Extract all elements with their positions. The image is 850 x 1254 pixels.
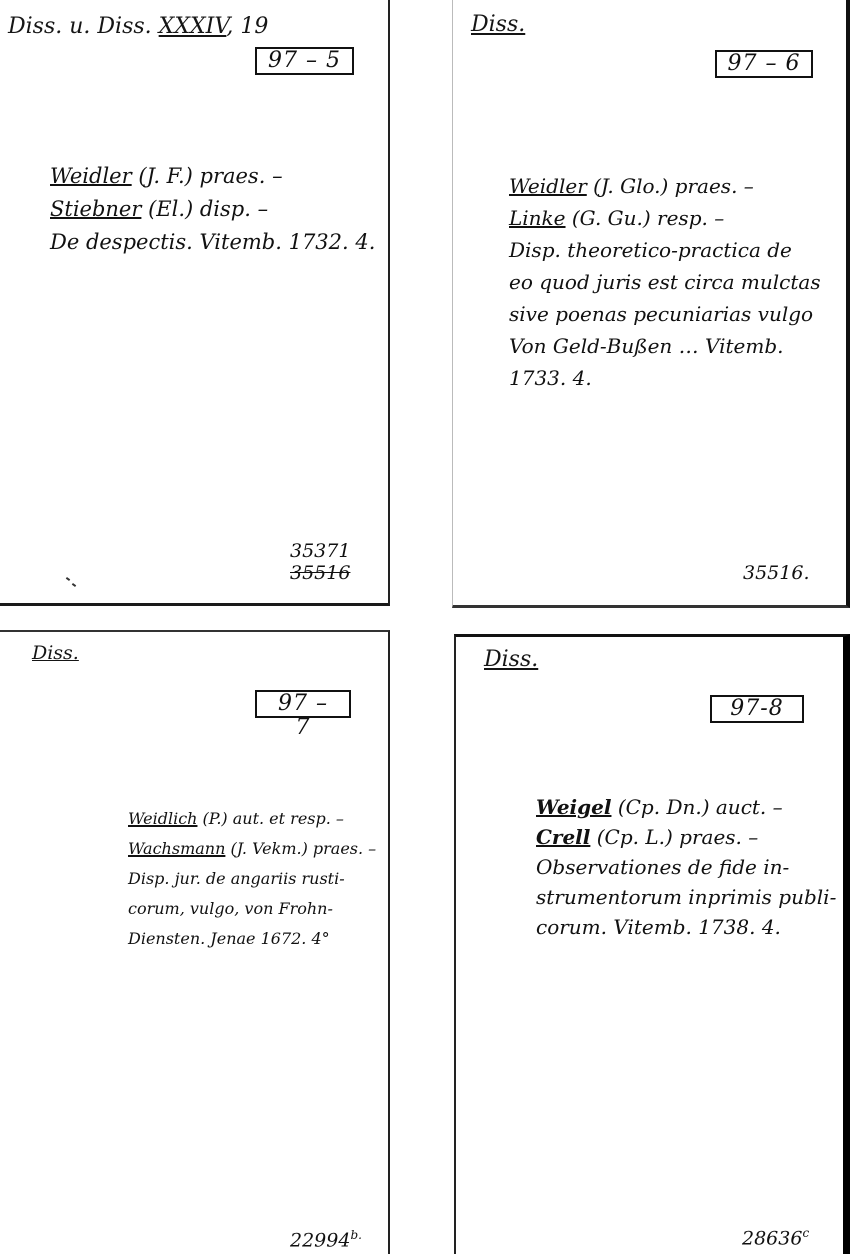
- entry-line-1: Weidler (J. Glo.) praes. –: [509, 170, 821, 202]
- entry-line-6: Von Geld-Bußen … Vitemb.: [509, 330, 821, 362]
- author-role: (P.) aut. et resp. –: [197, 809, 343, 828]
- respondent-role: (El.) disp. –: [141, 197, 268, 221]
- accession-suffix: b.: [350, 1228, 362, 1242]
- entry-line-5: corum. Vitemb. 1738. 4.: [536, 912, 836, 942]
- accession-number: 28636c: [742, 1222, 809, 1249]
- catalog-card-97-7: Diss. 97 – 7 Weidlich (P.) aut. et resp.…: [0, 630, 390, 1254]
- accession-struck: 35516: [290, 562, 350, 584]
- call-number-box: 97-8: [710, 695, 804, 723]
- accession-current: 22994: [290, 1229, 350, 1251]
- praeses-name: Crell: [536, 825, 590, 849]
- catalog-card-97-5: Diss. u. Diss. XXXIV, 19 97 – 5 Weidler …: [0, 0, 390, 606]
- entry-line-5: Diensten. Jenae 1672. 4°: [128, 924, 376, 954]
- accession-number: 35371 35516: [290, 540, 350, 584]
- entry-line-1: Weidler (J. F.) praes. –: [50, 160, 375, 193]
- bibliographic-entry: Weigel (Cp. Dn.) auct. – Crell (Cp. L.) …: [536, 792, 836, 942]
- author-role: (J. Glo.) praes. –: [587, 174, 754, 198]
- entry-line-4: eo quod juris est circa mulctas: [509, 266, 821, 298]
- catalog-card-97-8: Diss. 97-8 Weigel (Cp. Dn.) auct. – Crel…: [454, 634, 850, 1254]
- praeses-role: (Cp. L.) praes. –: [590, 825, 758, 849]
- call-number-box: 97 – 7: [255, 690, 351, 718]
- shelf-mark: Diss.: [484, 647, 538, 672]
- entry-line-3: Disp. theoretico-practica de: [509, 234, 821, 266]
- entry-line-3: Disp. jur. de angariis rusti-: [128, 864, 376, 894]
- entry-line-2: Stiebner (El.) disp. –: [50, 193, 375, 226]
- bibliographic-entry: Weidler (J. F.) praes. – Stiebner (El.) …: [50, 160, 375, 259]
- author-role: (J. F.) praes. –: [132, 164, 283, 188]
- shelf-mark: Diss. u. Diss. XXXIV, 19: [8, 14, 268, 39]
- author-name: Weigel: [536, 795, 611, 819]
- shelf-mark-volume: XXXIV: [159, 14, 227, 39]
- entry-line-5: sive poenas pecuniarias vulgo: [509, 298, 821, 330]
- bibliographic-entry: Weidler (J. Glo.) praes. – Linke (G. Gu.…: [509, 170, 821, 394]
- entry-line-4: strumentorum inprimis publi-: [536, 882, 836, 912]
- call-number-box: 97 – 5: [255, 47, 354, 75]
- entry-line-2: Linke (G. Gu.) resp. –: [509, 202, 821, 234]
- shelf-mark: Diss.: [471, 12, 525, 37]
- respondent-role: (G. Gu.) resp. –: [566, 206, 725, 230]
- scan-speck: [72, 583, 76, 587]
- entry-line-4: corum, vulgo, von Frohn-: [128, 894, 376, 924]
- scan-speck: [66, 577, 70, 581]
- bibliographic-entry: Weidlich (P.) aut. et resp. – Wachsmann …: [128, 804, 376, 954]
- author-name: Weidler: [50, 164, 132, 188]
- entry-line-3: De despectis. Vitemb. 1732. 4.: [50, 226, 375, 259]
- accession-number: 35516.: [743, 562, 809, 584]
- entry-line-7: 1733. 4.: [509, 362, 821, 394]
- entry-line-1: Weidlich (P.) aut. et resp. –: [128, 804, 376, 834]
- shelf-mark: Diss.: [32, 642, 79, 664]
- praeses-name: Wachsmann: [128, 839, 225, 858]
- author-name: Weidlich: [128, 809, 197, 828]
- respondent-name: Stiebner: [50, 197, 141, 221]
- author-role: (Cp. Dn.) auct. –: [611, 795, 782, 819]
- catalog-card-97-6: Diss. 97 – 6 Weidler (J. Glo.) praes. – …: [452, 0, 850, 608]
- call-number-box: 97 – 6: [715, 50, 813, 78]
- author-name: Weidler: [509, 174, 587, 198]
- accession-number: 22994b.: [290, 1224, 362, 1251]
- respondent-name: Linke: [509, 206, 566, 230]
- praeses-role: (J. Vekm.) praes. –: [225, 839, 376, 858]
- accession-current: 35371: [290, 540, 350, 562]
- entry-line-2: Crell (Cp. L.) praes. –: [536, 822, 836, 852]
- entry-line-3: Observationes de fide in-: [536, 852, 836, 882]
- entry-line-2: Wachsmann (J. Vekm.) praes. –: [128, 834, 376, 864]
- accession-suffix: c: [802, 1226, 809, 1240]
- shelf-mark-prefix: Diss. u. Diss.: [8, 14, 152, 39]
- entry-line-1: Weigel (Cp. Dn.) auct. –: [536, 792, 836, 822]
- accession-current: 28636: [742, 1227, 802, 1249]
- shelf-mark-suffix: , 19: [226, 14, 268, 39]
